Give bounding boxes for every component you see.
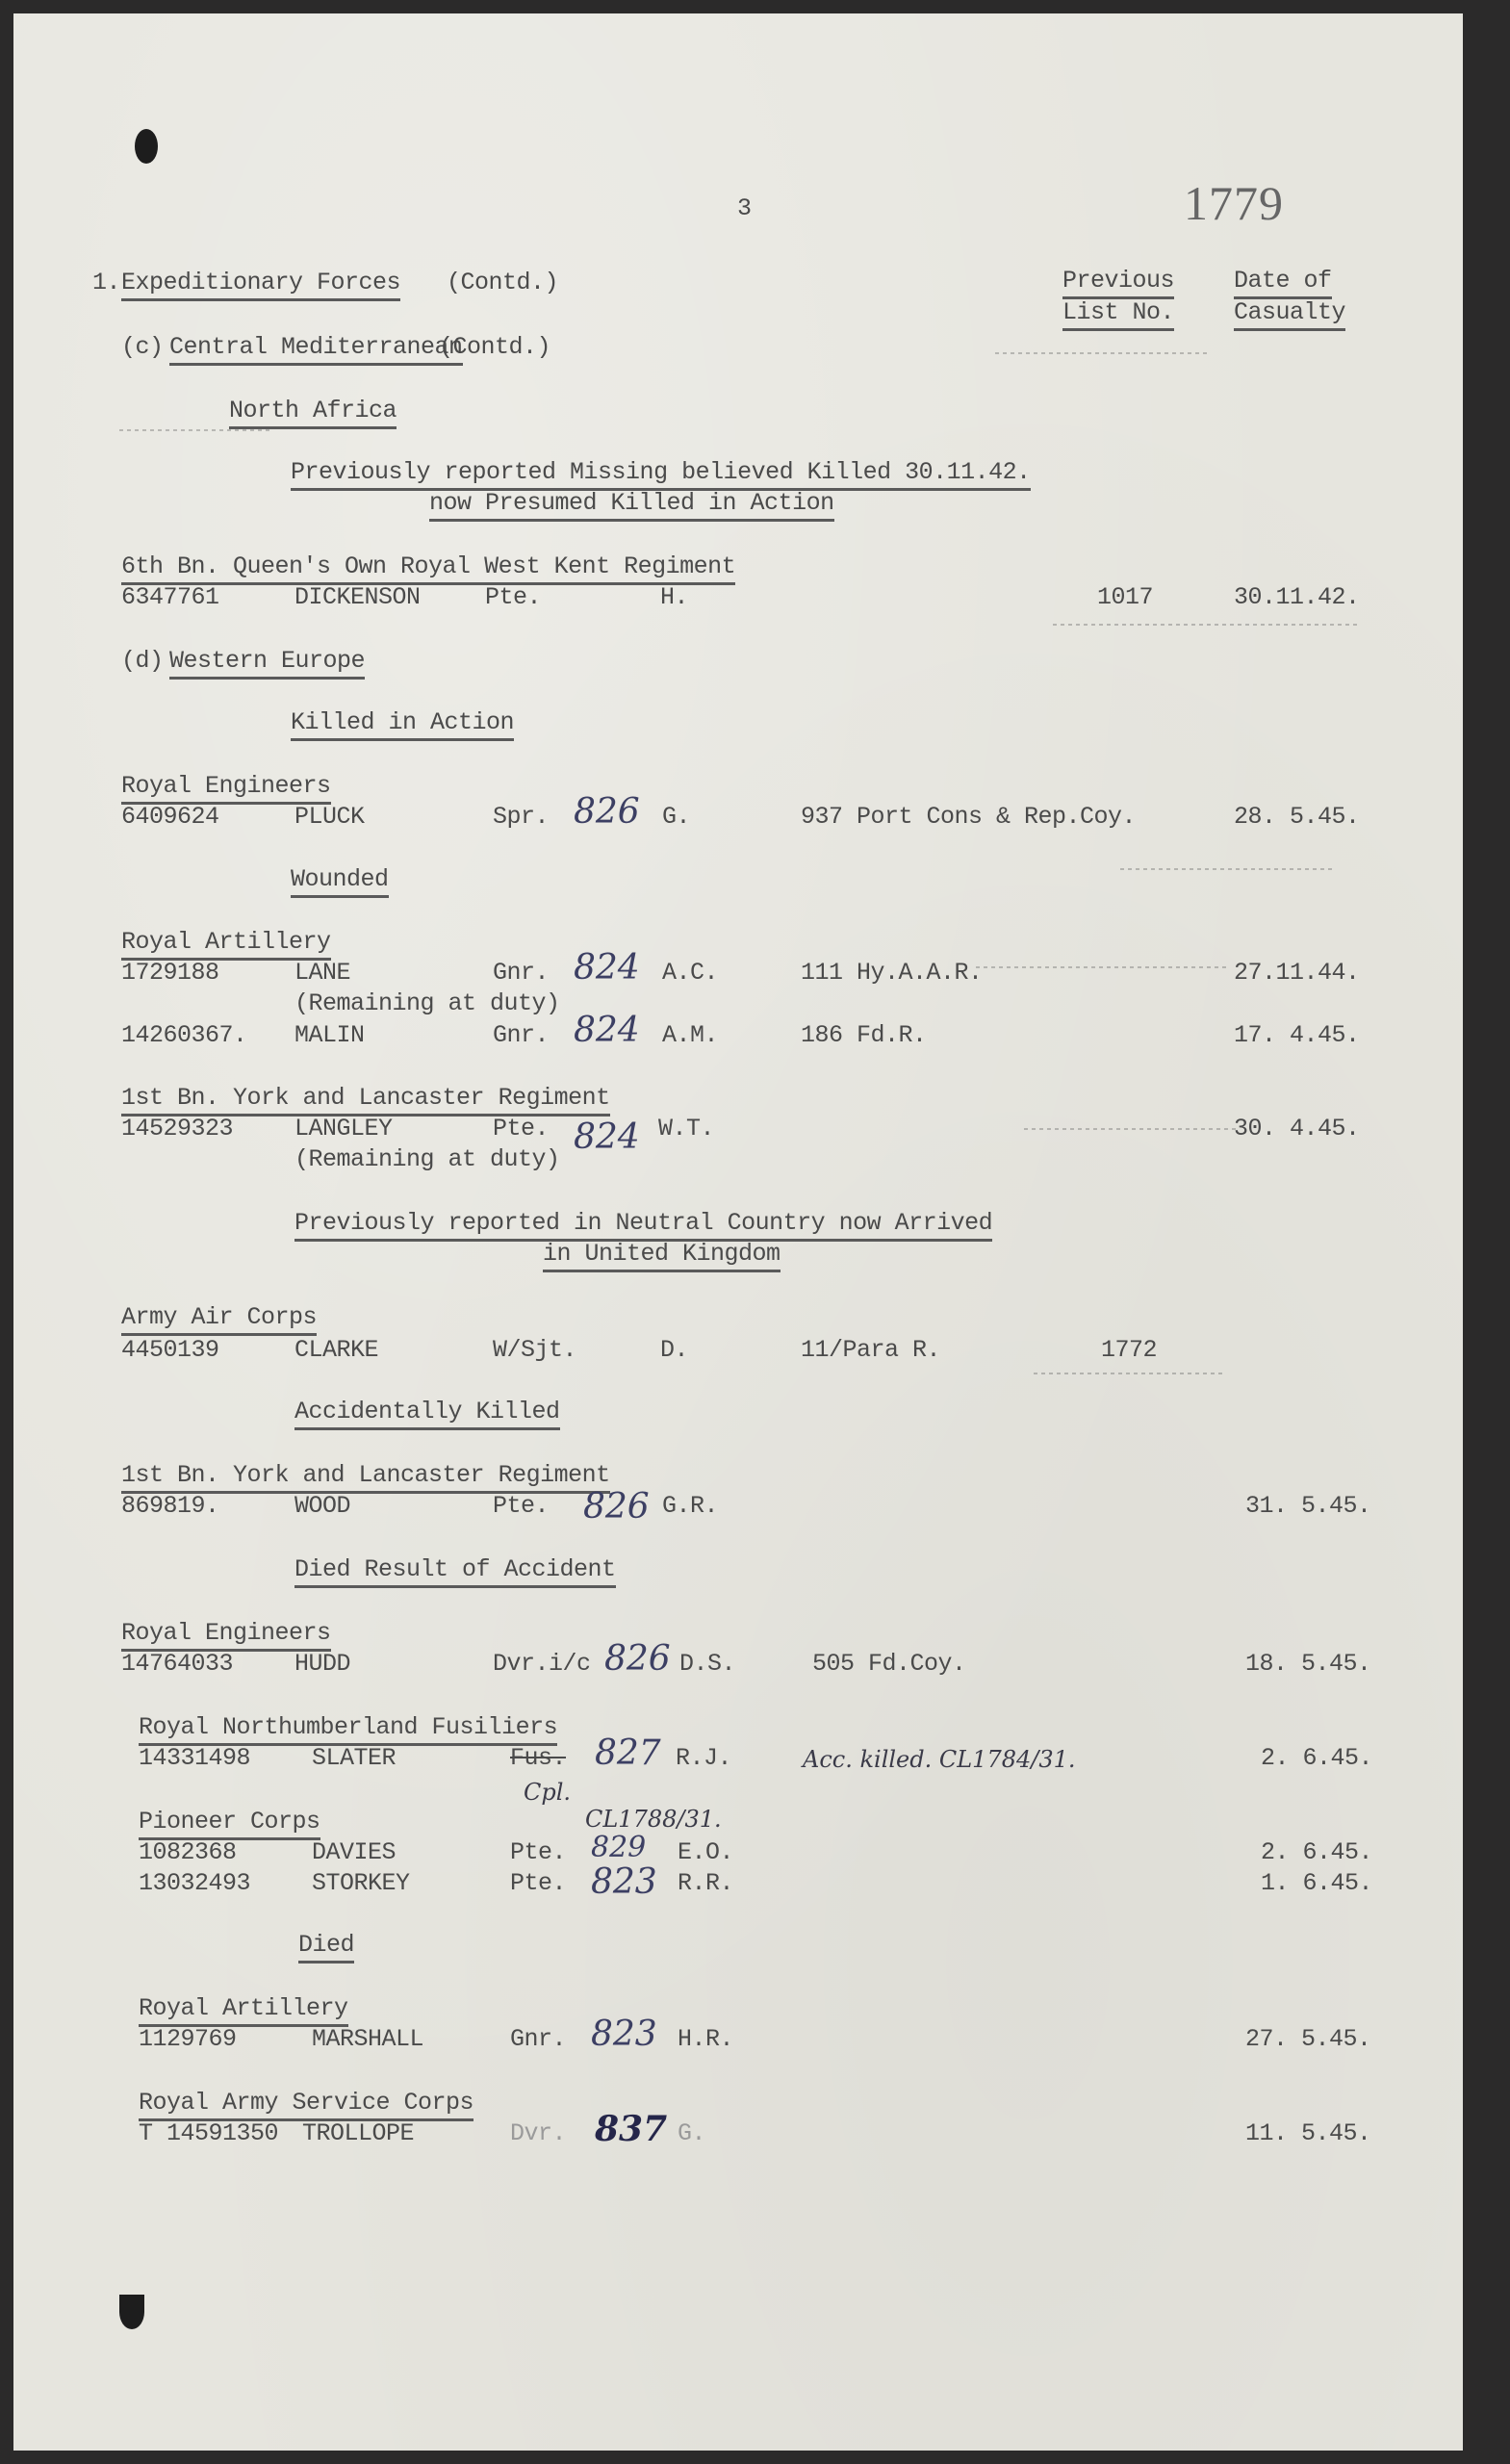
category-heading-neutral-line2: in United Kingdom <box>543 1240 781 1272</box>
initials: H. <box>660 583 688 612</box>
subsection-title-western-europe: Western Europe <box>169 647 365 680</box>
handwritten-code: 823 <box>591 1865 657 1900</box>
service-number: 4450139 <box>121 1336 219 1365</box>
soldier-name: DICKENSON <box>294 583 421 612</box>
soldier-name: LANE <box>294 959 350 988</box>
initials: G. <box>678 2119 705 2148</box>
casualty-date: 2. 6.45. <box>1261 1744 1372 1773</box>
rank: Pte. <box>510 1869 566 1898</box>
initials: D.S. <box>679 1650 735 1679</box>
category-heading-died-result-of-accident: Died Result of Accident <box>294 1555 616 1588</box>
soldier-name: DAVIES <box>312 1838 396 1867</box>
smudge-line <box>1053 624 1361 626</box>
rank: Gnr. <box>510 2025 566 2054</box>
handwritten-code: 826 <box>604 1642 671 1677</box>
initials: W.T. <box>658 1115 714 1143</box>
remark: (Remaining at duty) <box>294 1145 560 1174</box>
unit-detail: 111 Hy.A.A.R. <box>801 959 983 988</box>
smudge-line <box>119 429 273 431</box>
unit-heading: 1st Bn. York and Lancaster Regiment <box>121 1461 610 1494</box>
subsection-label-c: (c) <box>121 333 164 362</box>
section-contd: (Contd.) <box>447 269 558 297</box>
rank: Spr. <box>493 803 549 832</box>
section-title: Expeditionary Forces <box>121 269 400 301</box>
soldier-name: CLARKE <box>294 1336 378 1365</box>
rank: W/Sjt. <box>493 1336 576 1365</box>
handwritten-rank: Cpl. <box>524 1775 571 1809</box>
region-north-africa: North Africa <box>229 397 397 429</box>
smudge-line <box>1034 1373 1226 1374</box>
handwritten-code: 824 <box>574 951 640 986</box>
soldier-name: TROLLOPE <box>302 2119 414 2148</box>
unit-heading: Royal Artillery <box>139 1994 348 2027</box>
column-header-list-no: List No. <box>1062 298 1174 331</box>
subsection-title-central-mediterranean: Central Mediterranean <box>169 333 463 366</box>
casualty-date: 17. 4.45. <box>1234 1021 1360 1050</box>
initials: R.J. <box>676 1744 731 1773</box>
document-page: 3 1779 1. Expeditionary Forces (Contd.) … <box>13 13 1463 2451</box>
initials: A.M. <box>662 1021 718 1050</box>
rank: Pte. <box>493 1492 549 1521</box>
service-number: 14331498 <box>139 1744 250 1773</box>
section-number: 1. <box>92 269 120 297</box>
service-number: 1729188 <box>121 959 219 988</box>
service-number: 14529323 <box>121 1115 233 1143</box>
column-header-date-of: Date of <box>1234 267 1332 299</box>
unit-heading: Royal Artillery <box>121 928 331 961</box>
handwritten-code: 837 <box>595 2112 667 2146</box>
smudge-line <box>1120 868 1332 870</box>
service-number: 13032493 <box>139 1869 250 1898</box>
initials: D. <box>660 1336 688 1365</box>
handwritten-code: 829 <box>591 1831 646 1865</box>
casualty-date: 30. 4.45. <box>1234 1115 1360 1143</box>
soldier-name: LANGLEY <box>294 1115 393 1143</box>
casualty-date: 1. 6.45. <box>1261 1869 1372 1898</box>
service-number: 1082368 <box>139 1838 237 1867</box>
initials: G. <box>662 803 690 832</box>
initials: A.C. <box>662 959 718 988</box>
service-number: 6409624 <box>121 803 219 832</box>
smudge-line <box>995 352 1207 354</box>
rank: Pte. <box>510 1838 566 1867</box>
soldier-name: MARSHALL <box>312 2025 423 2054</box>
casualty-date: 18. 5.45. <box>1245 1650 1371 1679</box>
soldier-name: WOOD <box>294 1492 350 1521</box>
casualty-date: 27. 5.45. <box>1245 2025 1371 2054</box>
rank: Dvr. <box>510 2119 566 2148</box>
unit-detail: 186 Fd.R. <box>801 1021 927 1050</box>
casualty-date: 30.11.42. <box>1234 583 1360 612</box>
service-number: 14260367. <box>121 1021 247 1050</box>
service-number: 869819. <box>121 1492 219 1521</box>
category-heading-neutral-line1: Previously reported in Neutral Country n… <box>294 1209 992 1242</box>
soldier-name: STORKEY <box>312 1869 410 1898</box>
service-number: 1129769 <box>139 2025 237 2054</box>
service-number: 6347761 <box>121 583 219 612</box>
handwritten-code: 823 <box>591 2017 657 2052</box>
smudge-line <box>976 966 1226 968</box>
handwritten-code: 826 <box>574 795 640 830</box>
category-heading-wounded: Wounded <box>291 865 389 898</box>
service-number: 14764033 <box>121 1650 233 1679</box>
page-number: 3 <box>737 194 752 223</box>
remark: (Remaining at duty) <box>294 989 560 1018</box>
soldier-name: HUDD <box>294 1650 350 1679</box>
rank-struck-through: Fus. <box>510 1744 566 1773</box>
casualty-date: 11. 5.45. <box>1245 2119 1371 2148</box>
unit-detail: 937 Port Cons & Rep.Coy. <box>801 803 1136 832</box>
category-heading-missing-line1: Previously reported Missing believed Kil… <box>291 458 1031 491</box>
initials: E.O. <box>678 1838 733 1867</box>
unit-heading: 6th Bn. Queen's Own Royal West Kent Regi… <box>121 552 735 585</box>
soldier-name: SLATER <box>312 1744 396 1773</box>
casualty-date: 31. 5.45. <box>1245 1492 1371 1521</box>
subsection-label-d: (d) <box>121 647 164 676</box>
previous-list-no: 1017 <box>1097 583 1153 612</box>
column-header-previous: Previous <box>1062 267 1174 299</box>
unit-heading: Royal Engineers <box>121 772 331 805</box>
rank: Pte. <box>493 1115 549 1143</box>
unit-heading: 1st Bn. York and Lancaster Regiment <box>121 1084 610 1116</box>
unit-heading: Pioneer Corps <box>139 1808 320 1840</box>
unit-detail: 505 Fd.Coy. <box>812 1650 966 1679</box>
handwritten-code: 827 <box>595 1736 661 1771</box>
service-number: T 14591350 <box>139 2119 278 2148</box>
column-header-casualty: Casualty <box>1234 298 1345 331</box>
initials: R.R. <box>678 1869 733 1898</box>
casualty-date: 2. 6.45. <box>1261 1838 1372 1867</box>
handwritten-note: Acc. killed. CL1784/31. <box>803 1742 1076 1777</box>
unit-detail: 11/Para R. <box>801 1336 940 1365</box>
handwritten-code: 826 <box>583 1490 650 1525</box>
category-heading-missing-line2: now Presumed Killed in Action <box>429 489 834 522</box>
subsection-contd: (Contd.) <box>439 333 550 362</box>
soldier-name: PLUCK <box>294 803 365 832</box>
document-stamp-number: 1779 <box>1184 175 1284 231</box>
initials: G.R. <box>662 1492 718 1521</box>
category-heading-accidentally-killed: Accidentally Killed <box>294 1398 560 1430</box>
punch-hole-bottom <box>119 2295 144 2329</box>
previous-list-no: 1772 <box>1101 1336 1157 1365</box>
rank: Dvr.i/c <box>493 1650 591 1679</box>
punch-hole-top <box>135 129 158 164</box>
initials: H.R. <box>678 2025 733 2054</box>
handwritten-code: 824 <box>574 1120 640 1155</box>
unit-heading: Army Air Corps <box>121 1303 317 1336</box>
casualty-date: 28. 5.45. <box>1234 803 1360 832</box>
soldier-name: MALIN <box>294 1021 365 1050</box>
casualty-date: 27.11.44. <box>1234 959 1360 988</box>
unit-heading: Royal Engineers <box>121 1619 331 1652</box>
rank: Gnr. <box>493 1021 549 1050</box>
handwritten-code: 824 <box>574 1014 640 1048</box>
rank: Pte. <box>485 583 541 612</box>
unit-heading: Royal Northumberland Fusiliers <box>139 1713 557 1746</box>
category-heading-killed-in-action: Killed in Action <box>291 708 514 741</box>
rank: Gnr. <box>493 959 549 988</box>
smudge-line <box>1024 1128 1236 1130</box>
category-heading-died: Died <box>298 1931 354 1963</box>
unit-heading: Royal Army Service Corps <box>139 2089 473 2121</box>
